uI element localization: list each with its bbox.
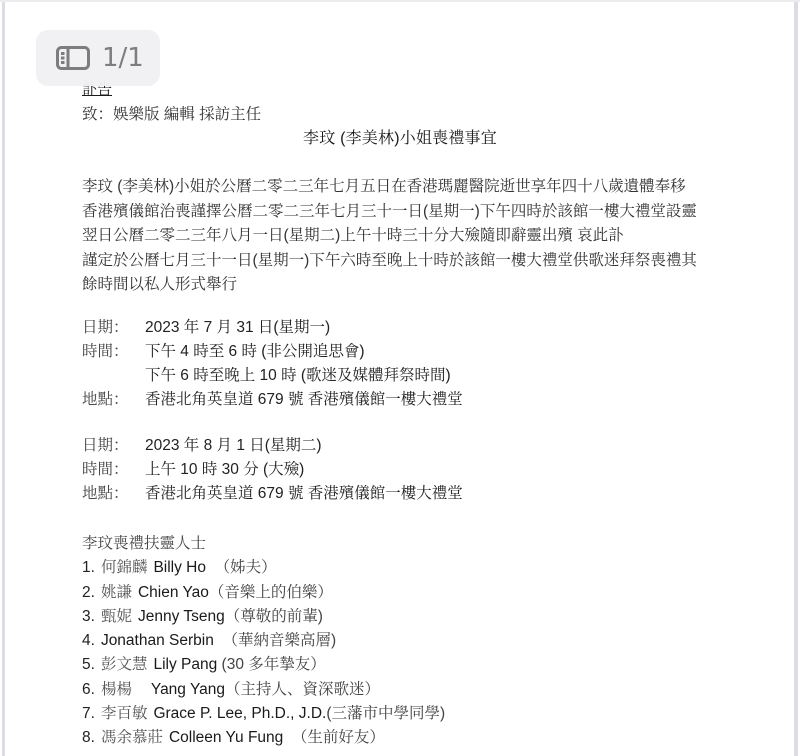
item-number: 8.	[82, 729, 95, 746]
relation-note: （姊夫）	[215, 559, 277, 576]
english-name: Billy Ho	[153, 559, 206, 576]
chinese-name: 姚謙	[101, 584, 132, 601]
relation-note: （主持人、資深歌迷）	[225, 681, 380, 698]
paragraph-line: 香港殯儀館治喪謹擇公曆二零二三年七月三十一日(星期一)下午四時於該館一樓大禮堂設…	[82, 200, 742, 225]
chinese-name: 彭文慧	[101, 656, 148, 673]
time-label-empty	[82, 364, 145, 388]
relation-note: （尊敬的前輩)	[225, 608, 323, 625]
venue-value: 香港北角英皇道 679 號 香港殯儀館一樓大禮堂	[145, 388, 463, 412]
item-number: 5.	[82, 656, 95, 673]
relation-note: (30 多年摯友）	[222, 656, 326, 673]
list-item: 2.姚謙Chien Yao（音樂上的伯樂）	[82, 581, 445, 605]
date-value: 2023 年 8 月 1 日(星期二)	[145, 434, 322, 458]
english-name: Lily Pang	[153, 656, 217, 673]
item-number: 2.	[82, 584, 95, 601]
page-left-edge	[2, 2, 5, 756]
item-number: 3.	[82, 608, 95, 625]
item-number: 1.	[82, 559, 95, 576]
document-title: 李玟 (李美林)小姐喪禮事宜	[0, 125, 800, 148]
time-value: 上午 10 時 30 分 (大殮)	[145, 458, 304, 482]
time-value: 下午 4 時至 6 時 (非公開追思會)	[145, 340, 365, 364]
time-row: 時間： 下午 4 時至 6 時 (非公開追思會)	[82, 340, 463, 364]
item-number: 7.	[82, 705, 95, 722]
date-label: 日期：	[82, 434, 145, 458]
english-name: Chien Yao	[138, 584, 209, 601]
paragraph-line: 翌日公曆二零二三年八月一日(星期二)上午十時三十分大殮隨即辭靈出殯 哀此訃	[82, 224, 742, 249]
chinese-name: 馮余慕莊	[101, 729, 163, 746]
date-row: 日期： 2023 年 7 月 31 日(星期一)	[82, 316, 463, 340]
announcement-paragraph: 李玟 (李美林)小姐於公曆二零二三年七月五日在香港瑪麗醫院逝世享年四十八歲遺體奉…	[82, 175, 742, 298]
english-name: Jonathan Serbin	[101, 632, 214, 649]
time-label: 時間：	[82, 458, 145, 482]
paragraph-line: 謹定於公曆七月三十一日(星期一)下午六時至晚上十時於該館一樓大禮堂供歌迷拜祭喪禮…	[82, 249, 742, 274]
schedule-day-2: 日期： 2023 年 8 月 1 日(星期二) 時間： 上午 10 時 30 分…	[82, 434, 463, 506]
venue-label: 地點：	[82, 482, 145, 506]
english-name: Yang Yang	[151, 681, 225, 698]
venue-label: 地點：	[82, 388, 145, 412]
venue-row: 地點： 香港北角英皇道 679 號 香港殯儀館一樓大禮堂	[82, 482, 463, 506]
relation-note: （華納音樂高層)	[222, 632, 336, 649]
time-row: 時間： 上午 10 時 30 分 (大殮)	[82, 458, 463, 482]
date-value: 2023 年 7 月 31 日(星期一)	[145, 316, 330, 340]
venue-row: 地點： 香港北角英皇道 679 號 香港殯儀館一樓大禮堂	[82, 388, 463, 412]
list-item: 5.彭文慧Lily Pang (30 多年摯友）	[82, 653, 445, 677]
schedule-day-1: 日期： 2023 年 7 月 31 日(星期一) 時間： 下午 4 時至 6 時…	[82, 316, 463, 412]
item-number: 4.	[82, 632, 95, 649]
relation-note: （音樂上的伯樂）	[209, 584, 333, 601]
date-label: 日期：	[82, 316, 145, 340]
english-name: Colleen Yu Fung	[169, 729, 283, 746]
pallbearers-title: 李玟喪禮扶靈人士	[82, 532, 445, 556]
page-indicator-button[interactable]: 1/1	[36, 30, 160, 86]
chinese-name: 甄妮	[101, 608, 132, 625]
list-item: 8.馮余慕莊Colleen Yu Fung （生前好友）	[82, 726, 445, 750]
english-name: Jenny Tseng	[138, 608, 225, 625]
english-name: Grace P. Lee, Ph.D., J.D.	[153, 705, 326, 722]
document-page: 1/1 訃告 致：娛樂版 編輯 採訪主任 李玟 (李美林)小姐喪禮事宜 李玟 (…	[0, 0, 800, 756]
list-item: 1.何錦麟Billy Ho （姊夫）	[82, 556, 445, 580]
time-label: 時間：	[82, 340, 145, 364]
venue-value: 香港北角英皇道 679 號 香港殯儀館一樓大禮堂	[145, 482, 463, 506]
sidebar-panel-icon	[56, 46, 90, 70]
time-row: 下午 6 時至晚上 10 時 (歌迷及媒體拜祭時間)	[82, 364, 463, 388]
relation-note: (三藩市中學同學)	[326, 705, 445, 722]
relation-note: （生前好友）	[292, 729, 385, 746]
pallbearers-list: 李玟喪禮扶靈人士 1.何錦麟Billy Ho （姊夫） 2.姚謙Chien Ya…	[82, 532, 445, 751]
page-right-edge	[794, 2, 798, 756]
list-item: 6.楊楊 Yang Yang（主持人、資深歌迷）	[82, 678, 445, 702]
chinese-name: 何錦麟	[101, 559, 148, 576]
chinese-name: 李百敏	[101, 705, 148, 722]
paragraph-line: 餘時間以私人形式舉行	[82, 273, 742, 298]
chinese-name: 楊楊	[101, 681, 132, 698]
list-item: 7.李百敏Grace P. Lee, Ph.D., J.D.(三藩市中學同學)	[82, 702, 445, 726]
recipient-line: 致：娛樂版 編輯 採訪主任	[82, 102, 261, 124]
page-count: 1/1	[102, 43, 144, 73]
list-item: 4.Jonathan Serbin （華納音樂高層)	[82, 629, 445, 653]
paragraph-line: 李玟 (李美林)小姐於公曆二零二三年七月五日在香港瑪麗醫院逝世享年四十八歲遺體奉…	[82, 175, 742, 200]
date-row: 日期： 2023 年 8 月 1 日(星期二)	[82, 434, 463, 458]
item-number: 6.	[82, 681, 95, 698]
list-item: 3.甄妮Jenny Tseng（尊敬的前輩)	[82, 605, 445, 629]
time-value: 下午 6 時至晚上 10 時 (歌迷及媒體拜祭時間)	[145, 364, 451, 388]
